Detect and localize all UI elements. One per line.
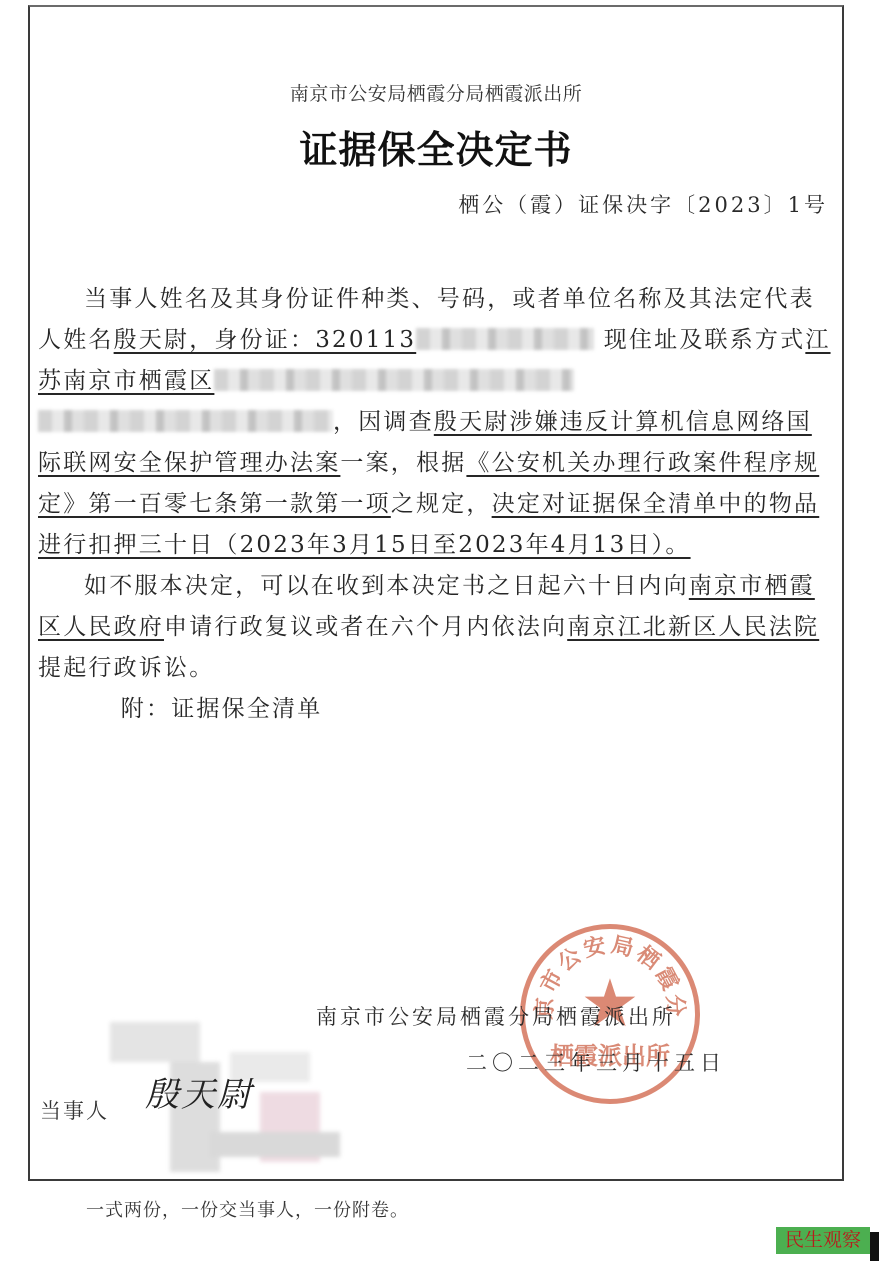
document-number: 栖公（霞）证保决字〔2023〕1号 — [458, 189, 828, 219]
signing-date: 二〇二三年三月十五日 — [466, 1047, 726, 1077]
document-frame: 南京市公安局栖霞分局栖霞派出所 证据保全决定书 栖公（霞）证保决字〔2023〕1… — [28, 5, 844, 1181]
party-id: 殷天尉，身份证：320113 — [114, 327, 417, 353]
redacted-contact — [38, 410, 333, 432]
party-signature: 殷天尉 — [145, 1067, 253, 1116]
litigation-court: 南京江北新区人民法院 — [567, 614, 819, 640]
paragraph-appeal-rights: 如不服本决定，可以在收到本决定书之日起六十日内向南京市栖霞区人民政府申请行政复议… — [38, 566, 836, 689]
document-body: 当事人姓名及其身份证件种类、号码，或者单位名称及其法定代表人姓名殷天尉，身份证：… — [38, 279, 836, 730]
attachment-note: 附：证据保全清单 — [38, 689, 836, 730]
document-title: 证据保全决定书 — [30, 119, 842, 174]
issuing-agency: 南京市公安局栖霞分局栖霞派出所 — [30, 79, 842, 106]
watermark-edge — [870, 1232, 879, 1261]
signing-organization: 南京市公安局栖霞分局栖霞派出所 — [316, 1001, 676, 1031]
watermark-badge: 民生观察 — [776, 1227, 870, 1254]
copies-footnote: 一式两份，一份交当事人，一份附卷。 — [86, 1196, 409, 1222]
redacted-address — [214, 369, 574, 391]
paragraph-party-info: 当事人姓名及其身份证件种类、号码，或者单位名称及其法定代表人姓名殷天尉，身份证：… — [38, 279, 836, 566]
redacted-id-number — [416, 328, 594, 350]
party-label: 当事人 — [40, 1095, 109, 1125]
